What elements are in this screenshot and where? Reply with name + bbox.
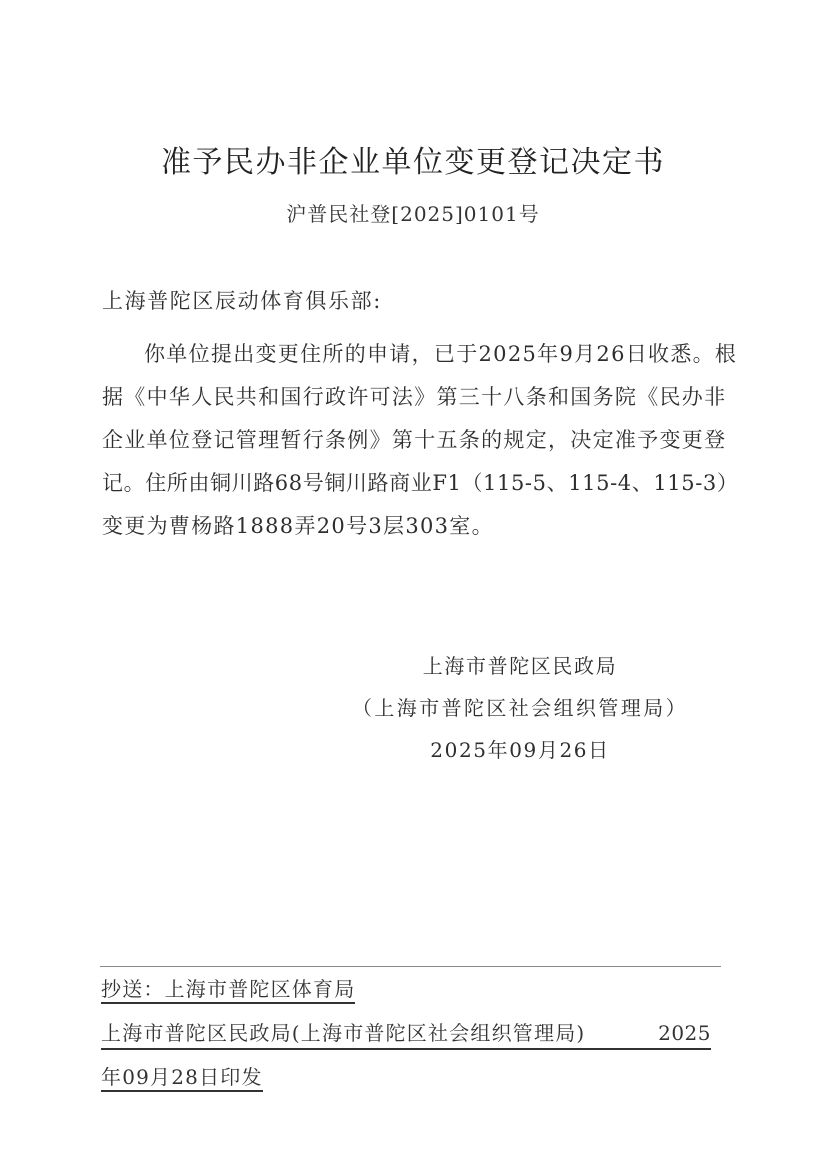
- footer-print-date: 年09月28日印发: [101, 1063, 263, 1091]
- cc-text: 抄送：上海市普陀区体育局: [101, 977, 355, 1004]
- addressee: 上海普陀区辰动体育俱乐部:: [102, 286, 382, 316]
- document-title: 准予民办非企业单位变更登记决定书: [0, 143, 826, 183]
- print-year: 2025: [658, 1019, 711, 1047]
- signature-block: 上海市普陀区民政局 （上海市普陀区社会组织管理局） 2025年09月26日: [340, 645, 700, 771]
- document-number: 沪普民社登[2025]0101号: [0, 199, 826, 229]
- body-line: 企业单位登记管理暂行条例》第十五条的规定，决定准予变更登: [102, 419, 722, 462]
- body-line: 据《中华人民共和国行政许可法》第三十八条和国务院《民办非: [102, 376, 722, 419]
- footer-divider: [100, 966, 721, 967]
- printer-name: 上海市普陀区民政局(上海市普陀区社会组织管理局): [101, 1021, 585, 1045]
- body-line: 你单位提出变更住所的申请，已于2025年9月26日收悉。根: [102, 333, 722, 376]
- footer-printer: 上海市普陀区民政局(上海市普陀区社会组织管理局) 2025: [101, 1019, 711, 1050]
- footer-cc: 抄送：上海市普陀区体育局: [101, 975, 355, 1003]
- issuer-name: 上海市普陀区民政局: [340, 645, 700, 687]
- body-line: 记。住所由铜川路68号铜川路商业F1（115-5、115-4、115-3）: [102, 462, 722, 505]
- print-date-text: 年09月28日印发: [101, 1065, 263, 1092]
- document-page: 准予民办非企业单位变更登记决定书 沪普民社登[2025]0101号 上海普陀区辰…: [0, 0, 826, 1168]
- body-text: 你单位提出变更住所的申请，已于2025年9月26日收悉。根 据《中华人民共和国行…: [102, 333, 722, 548]
- body-line: 变更为曹杨路1888弄20号3层303室。: [102, 505, 722, 548]
- printer-line: 上海市普陀区民政局(上海市普陀区社会组织管理局) 2025: [101, 1019, 711, 1050]
- issuer-alt-name: （上海市普陀区社会组织管理局）: [340, 687, 700, 729]
- issue-date: 2025年09月26日: [340, 729, 700, 771]
